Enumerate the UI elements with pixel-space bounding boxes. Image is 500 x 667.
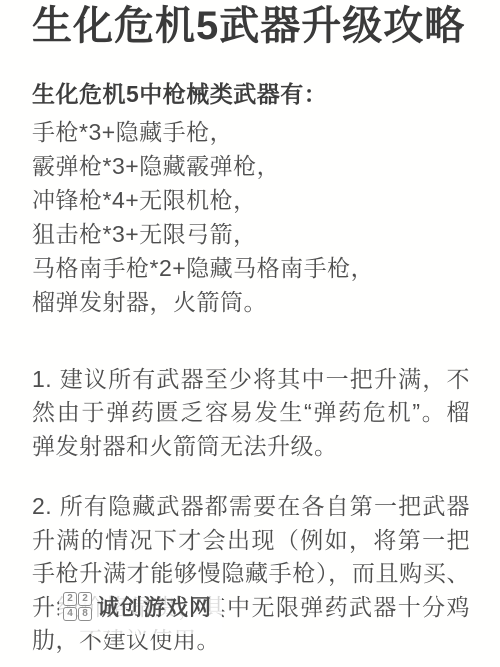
weapon-list-item-pistol: 手枪*3+隐藏手枪， <box>32 115 470 149</box>
weapon-list: 手枪*3+隐藏手枪， 霰弹枪*3+隐藏霰弹枪， 冲锋枪*4+无限机枪， 狙击枪*… <box>32 115 470 319</box>
watermark-tile: 2 <box>63 592 77 606</box>
weapon-list-item-launchers: 榴弹发射器，火箭筒。 <box>32 285 470 319</box>
paragraph-tip-1: 1. 建议所有武器至少将其中一把升满，不然由于弹药匮乏容易发生“弹药危机”。榴弹… <box>32 363 470 464</box>
page-title: 生化危机5武器升级攻略 <box>32 4 470 49</box>
watermark-tile: 2 <box>78 592 92 606</box>
weapon-list-item-sniper: 狙击枪*3+无限弓箭， <box>32 217 470 251</box>
weapon-list-item-magnum: 马格南手枪*2+隐藏马格南手枪， <box>32 251 470 285</box>
watermark-site-name: 诚创游戏网 <box>97 591 212 622</box>
watermark: 2 2 4 8 诚创游戏网 <box>59 585 222 634</box>
section-heading: 生化危机5中枪械类武器有： <box>32 76 470 109</box>
article-page: 生化危机5武器升级攻略 生化危机5中枪械类武器有： 手枪*3+隐藏手枪， 霰弹枪… <box>0 0 500 658</box>
watermark-2048-tiles-icon: 2 2 4 8 <box>63 592 92 621</box>
watermark-tile: 8 <box>78 607 92 621</box>
watermark-tile: 4 <box>63 607 77 621</box>
weapon-list-item-smg: 冲锋枪*4+无限机枪， <box>32 183 470 217</box>
weapon-list-item-shotgun: 霰弹枪*3+隐藏霰弹枪， <box>32 149 470 183</box>
